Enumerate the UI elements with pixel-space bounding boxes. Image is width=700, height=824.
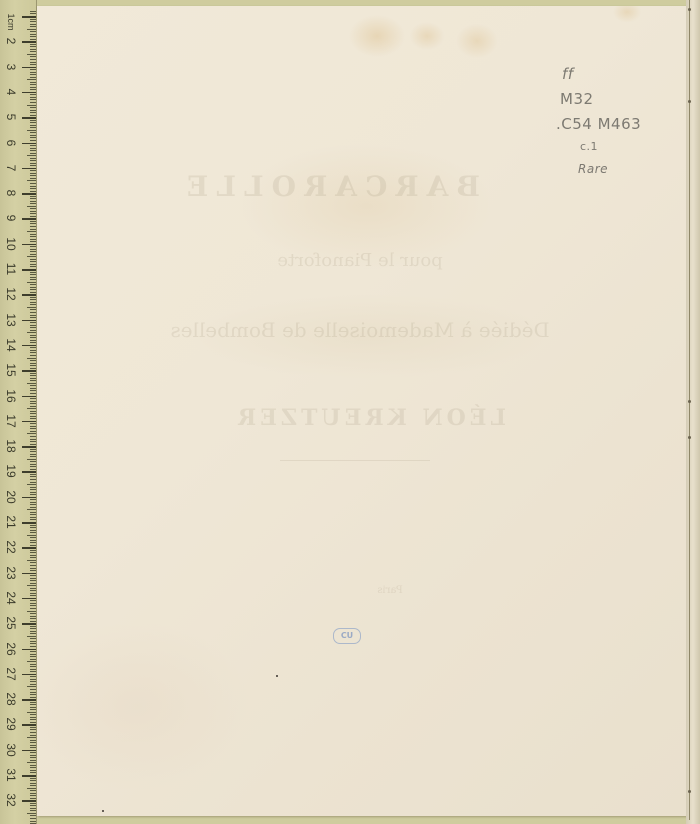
ruler-tick: [30, 704, 36, 705]
ruler-tick: [30, 330, 36, 331]
ruler-tick: [27, 459, 36, 460]
ruler-tick: [30, 188, 36, 189]
ruler-tick: [30, 74, 36, 75]
ruler-tick: [30, 363, 36, 364]
ruler-tick: [30, 821, 36, 822]
ruler-tick: [30, 418, 36, 419]
ruler-tick: [30, 97, 36, 98]
ruler-tick: [30, 616, 36, 617]
ruler-tick: [30, 325, 36, 326]
ruler-tick: [22, 244, 36, 246]
ruler-tick: [30, 654, 36, 655]
ruler-tick: [30, 36, 36, 37]
ruler-tick: [30, 229, 36, 230]
ruler-tick: [30, 790, 36, 791]
ruler-tick: [22, 16, 36, 18]
ruler-tick: [30, 315, 36, 316]
ruler-tick: [30, 798, 36, 799]
ruler-tick: [30, 808, 36, 809]
ruler-tick: [30, 13, 36, 14]
ruler-tick: [30, 575, 36, 576]
ruler-tick: [30, 158, 36, 159]
ruler-tick: [30, 651, 36, 652]
ruler-tick: [27, 332, 36, 333]
ruler-tick: [30, 770, 36, 771]
ruler-tick: [30, 646, 36, 647]
ruler-tick: [30, 767, 36, 768]
ruler-number: 25: [5, 614, 17, 632]
ruler-tick: [27, 307, 36, 308]
ruler-tick: [30, 785, 36, 786]
bleed-through-title: BARCAROLLE: [240, 170, 480, 203]
ruler-tick: [22, 573, 36, 575]
ruler-tick: [27, 636, 36, 637]
ruler-tick: [30, 112, 36, 113]
ruler-number: 22: [5, 538, 17, 556]
ruler-tick: [30, 676, 36, 677]
ruler-tick: [30, 469, 36, 470]
ruler-number: 3: [5, 58, 17, 76]
ink-speck: [276, 675, 278, 677]
ruler-tick: [30, 198, 36, 199]
ruler-tick: [30, 94, 36, 95]
ruler-tick: [30, 664, 36, 665]
ruler-tick: [30, 613, 36, 614]
ruler-tick: [30, 226, 36, 227]
ruler-tick: [30, 241, 36, 242]
ruler-number: 6: [5, 134, 17, 152]
ruler-tick: [22, 320, 36, 322]
ruler-tick: [22, 750, 36, 752]
ruler-tick: [30, 380, 36, 381]
ruler-tick: [30, 170, 36, 171]
ruler-tick: [22, 649, 36, 651]
ruler-tick: [30, 350, 36, 351]
bleed-through-author: LÉON KREUTZER: [220, 405, 520, 431]
ruler-tick: [27, 180, 36, 181]
ruler-tick: [30, 203, 36, 204]
ruler-tick: [30, 46, 36, 47]
ruler-tick: [30, 254, 36, 255]
ruler-tick: [30, 21, 36, 22]
ruler-tick: [30, 476, 36, 477]
ruler-tick: [27, 712, 36, 713]
ruler-tick: [30, 140, 36, 141]
ruler-tick: [30, 122, 36, 123]
ruler-tick: [30, 56, 36, 57]
ruler-tick: [30, 49, 36, 50]
pencil-line-4: c.1: [560, 137, 670, 157]
ruler-tick: [30, 527, 36, 528]
pencil-line-5: Rare: [560, 157, 670, 182]
ruler-tick: [30, 148, 36, 149]
ruler-tick: [30, 264, 36, 265]
ruler-tick: [27, 762, 36, 763]
ruler-tick: [27, 383, 36, 384]
binding-edge-line: [689, 0, 690, 820]
ruler-tick: [27, 79, 36, 80]
ruler-tick: [30, 755, 36, 756]
ruler-tick: [30, 717, 36, 718]
ruler-tick: [30, 545, 36, 546]
ruler-tick: [30, 810, 36, 811]
ruler-tick: [30, 19, 36, 20]
ruler-tick: [30, 355, 36, 356]
ruler-tick: [27, 433, 36, 434]
ruler-tick: [30, 671, 36, 672]
ruler-tick: [30, 277, 36, 278]
ruler-tick: [30, 406, 36, 407]
ruler-tick: [30, 464, 36, 465]
ruler-tick: [30, 772, 36, 773]
ruler-tick: [30, 568, 36, 569]
ruler-tick: [30, 818, 36, 819]
ruler-tick: [22, 522, 36, 524]
ruler-tick: [30, 507, 36, 508]
ruler-tick: [30, 530, 36, 531]
ruler-tick: [30, 365, 36, 366]
ruler-tick: [30, 239, 36, 240]
bleed-through-rule: [280, 460, 430, 461]
ruler-tick: [22, 674, 36, 676]
ruler-tick: [30, 398, 36, 399]
ruler-tick: [30, 709, 36, 710]
ruler-tick: [30, 451, 36, 452]
ruler-tick: [30, 697, 36, 698]
ruler-tick: [30, 292, 36, 293]
ruler-number: 7: [5, 159, 17, 177]
ruler-tick: [27, 130, 36, 131]
ruler-tick: [30, 633, 36, 634]
ruler-tick: [30, 279, 36, 280]
ruler-tick: [27, 408, 36, 409]
ruler-tick: [30, 603, 36, 604]
ruler-tick: [27, 282, 36, 283]
ruler-tick: [22, 345, 36, 347]
stitch-hole: [688, 790, 691, 793]
ruler-tick: [30, 137, 36, 138]
ruler-tick: [30, 317, 36, 318]
measuring-ruler: 1cm2345678910111213141516171819202122232…: [0, 0, 37, 824]
ruler-tick: [27, 105, 36, 106]
ruler-tick: [30, 196, 36, 197]
ruler-number: 20: [5, 488, 17, 506]
ruler-tick: [30, 805, 36, 806]
ruler-tick: [30, 621, 36, 622]
ruler-tick: [27, 206, 36, 207]
ruler-tick: [30, 778, 36, 779]
ruler-tick: [30, 284, 36, 285]
ruler-tick: [30, 249, 36, 250]
ruler-tick: [30, 600, 36, 601]
ruler-tick: [30, 234, 36, 235]
ruler-tick: [30, 760, 36, 761]
ruler-tick: [30, 732, 36, 733]
ruler-number: 11: [5, 260, 17, 278]
ruler-tick: [30, 580, 36, 581]
ruler-tick: [30, 24, 36, 25]
ruler-tick: [30, 702, 36, 703]
ruler-tick: [30, 287, 36, 288]
ruler-tick: [22, 775, 36, 777]
ruler-tick: [30, 494, 36, 495]
stitch-hole: [688, 100, 691, 103]
ruler-tick: [30, 552, 36, 553]
ruler-tick: [30, 578, 36, 579]
ruler-tick: [30, 595, 36, 596]
ruler-tick: [30, 69, 36, 70]
ruler-tick: [30, 745, 36, 746]
ruler-tick: [30, 487, 36, 488]
ruler-tick: [30, 593, 36, 594]
ruler-tick: [30, 347, 36, 348]
ruler-number: 15: [5, 361, 17, 379]
ruler-tick: [22, 92, 36, 94]
ruler-tick: [30, 211, 36, 212]
ruler-tick: [30, 605, 36, 606]
ruler-tick: [27, 484, 36, 485]
ruler-tick: [30, 153, 36, 154]
bleed-through-dedication: Dédiée à Mademoiselle de Bombelles: [170, 318, 550, 342]
ruler-tick: [30, 251, 36, 252]
ruler-tick: [30, 297, 36, 298]
ruler-tick: [30, 31, 36, 32]
ruler-tick: [30, 456, 36, 457]
ruler-tick: [27, 737, 36, 738]
ruler-tick: [27, 813, 36, 814]
ruler-tick: [30, 449, 36, 450]
ruler-tick: [30, 72, 36, 73]
ruler-number: 10: [5, 235, 17, 253]
ruler-tick: [30, 542, 36, 543]
ruler-tick: [30, 426, 36, 427]
ruler-tick: [30, 272, 36, 273]
ruler-tick: [27, 231, 36, 232]
ruler-tick: [22, 168, 36, 170]
ruler-tick: [30, 34, 36, 35]
ruler-number: 27: [5, 665, 17, 683]
ruler-tick: [30, 213, 36, 214]
ruler-tick: [30, 390, 36, 391]
ruler-number: 24: [5, 589, 17, 607]
ruler-tick: [30, 11, 36, 12]
ruler-tick: [30, 327, 36, 328]
ruler-tick: [30, 550, 36, 551]
ruler-tick: [30, 684, 36, 685]
ruler-tick: [30, 236, 36, 237]
ruler-tick: [30, 127, 36, 128]
ruler-tick: [30, 436, 36, 437]
ruler-tick: [30, 479, 36, 480]
ruler-tick: [30, 201, 36, 202]
ruler-tick: [30, 191, 36, 192]
stitch-hole: [688, 8, 691, 11]
ruler-tick: [30, 492, 36, 493]
ruler-tick: [27, 54, 36, 55]
ruler-tick: [30, 540, 36, 541]
ruler-tick: [22, 699, 36, 701]
ruler-tick: [30, 44, 36, 45]
ruler-number: 1cm: [5, 13, 17, 31]
ruler-tick: [30, 428, 36, 429]
ruler-tick: [30, 727, 36, 728]
ruler-tick: [30, 416, 36, 417]
ruler-tick: [30, 669, 36, 670]
stitch-hole: [688, 400, 691, 403]
ruler-tick: [27, 560, 36, 561]
ruler-tick: [30, 562, 36, 563]
ruler-tick: [30, 89, 36, 90]
ruler-tick: [30, 208, 36, 209]
ruler-tick: [30, 216, 36, 217]
ruler-tick: [27, 788, 36, 789]
ruler-tick: [30, 135, 36, 136]
ruler-tick: [30, 102, 36, 103]
ruler-tick: [30, 304, 36, 305]
ruler-number: 21: [5, 513, 17, 531]
ruler-tick: [30, 411, 36, 412]
ruler-tick: [30, 261, 36, 262]
ruler-tick: [30, 77, 36, 78]
ruler-tick: [30, 337, 36, 338]
ruler-tick: [30, 423, 36, 424]
ruler-tick: [30, 378, 36, 379]
ruler-tick: [30, 274, 36, 275]
ruler-tick: [30, 689, 36, 690]
ruler-tick: [30, 590, 36, 591]
ruler-tick: [30, 780, 36, 781]
ruler-tick: [30, 110, 36, 111]
library-stamp: CU: [333, 628, 361, 644]
ruler-tick: [30, 441, 36, 442]
ruler-tick: [30, 588, 36, 589]
ruler-tick: [30, 679, 36, 680]
ruler-tick: [30, 340, 36, 341]
ruler-tick: [30, 742, 36, 743]
ruler-tick: [30, 163, 36, 164]
ruler-number: 18: [5, 437, 17, 455]
ruler-tick: [22, 623, 36, 625]
ruler-tick: [30, 132, 36, 133]
ruler-tick: [27, 358, 36, 359]
ruler-tick: [30, 502, 36, 503]
ruler-tick: [30, 120, 36, 121]
ruler-tick: [30, 160, 36, 161]
ruler-tick: [30, 59, 36, 60]
ruler-tick: [22, 117, 36, 119]
ruler-number: 31: [5, 766, 17, 784]
ruler-tick: [30, 512, 36, 513]
ruler-number: 32: [5, 791, 17, 809]
ruler-tick: [30, 628, 36, 629]
ruler-tick: [30, 64, 36, 65]
ruler-tick: [30, 557, 36, 558]
ruler-number: 4: [5, 83, 17, 101]
ruler-tick: [30, 39, 36, 40]
ruler-tick: [27, 29, 36, 30]
ruler-tick: [30, 352, 36, 353]
ruler-tick: [30, 525, 36, 526]
ruler-tick: [30, 223, 36, 224]
ruler-tick: [22, 370, 36, 372]
ruler-tick: [30, 51, 36, 52]
ruler-tick: [30, 115, 36, 116]
ruler-tick: [27, 686, 36, 687]
ruler-number: 9: [5, 209, 17, 227]
ruler-tick: [22, 800, 36, 802]
ruler-number: 13: [5, 311, 17, 329]
ruler-tick: [27, 155, 36, 156]
ruler-tick: [30, 403, 36, 404]
ruler-tick: [30, 431, 36, 432]
ruler-tick: [30, 439, 36, 440]
ruler-tick: [30, 259, 36, 260]
ruler-tick: [30, 532, 36, 533]
ruler-tick: [30, 747, 36, 748]
ruler-tick: [30, 719, 36, 720]
ruler-tick: [27, 256, 36, 257]
ruler-tick: [22, 471, 36, 473]
ruler-tick: [30, 84, 36, 85]
pencil-line-3: .C54 M463: [556, 112, 670, 137]
ruler-tick: [30, 150, 36, 151]
ruler-tick: [30, 722, 36, 723]
ruler-tick: [30, 368, 36, 369]
ruler-tick: [22, 193, 36, 195]
ruler-tick: [30, 375, 36, 376]
ruler-tick: [30, 466, 36, 467]
ruler-tick: [30, 309, 36, 310]
ruler-tick: [30, 173, 36, 174]
ruler-tick: [30, 519, 36, 520]
ruler-tick: [30, 757, 36, 758]
ruler-tick: [30, 608, 36, 609]
ruler-tick: [30, 125, 36, 126]
bleed-through-subtitle: pour le Pianoforte: [260, 250, 460, 271]
ruler-tick: [30, 461, 36, 462]
ruler-tick: [22, 547, 36, 549]
ruler-tick: [30, 26, 36, 27]
stitch-hole: [688, 436, 691, 439]
ruler-tick: [30, 618, 36, 619]
ruler-tick: [30, 312, 36, 313]
ruler-number: 28: [5, 690, 17, 708]
ruler-tick: [30, 373, 36, 374]
ruler-tick: [30, 752, 36, 753]
pencil-call-number: ff M32 .C54 M463 c.1 Rare: [560, 62, 670, 182]
ruler-number: 5: [5, 108, 17, 126]
ruler-tick: [30, 707, 36, 708]
ruler-tick: [22, 497, 36, 499]
ruler-number: 17: [5, 412, 17, 430]
ruler-number: 8: [5, 184, 17, 202]
ruler-tick: [30, 795, 36, 796]
ruler-tick: [30, 99, 36, 100]
ruler-tick: [27, 661, 36, 662]
ruler-number: 23: [5, 564, 17, 582]
ruler-tick: [30, 413, 36, 414]
ruler-number: 16: [5, 387, 17, 405]
ruler-tick: [30, 266, 36, 267]
ruler-tick: [30, 322, 36, 323]
ruler-tick: [30, 504, 36, 505]
ruler-tick: [30, 145, 36, 146]
bleed-through-publisher: Paris: [260, 585, 520, 596]
ruler-tick: [30, 631, 36, 632]
ruler-tick: [30, 815, 36, 816]
ruler-tick: [22, 294, 36, 296]
ruler-number: 29: [5, 715, 17, 733]
